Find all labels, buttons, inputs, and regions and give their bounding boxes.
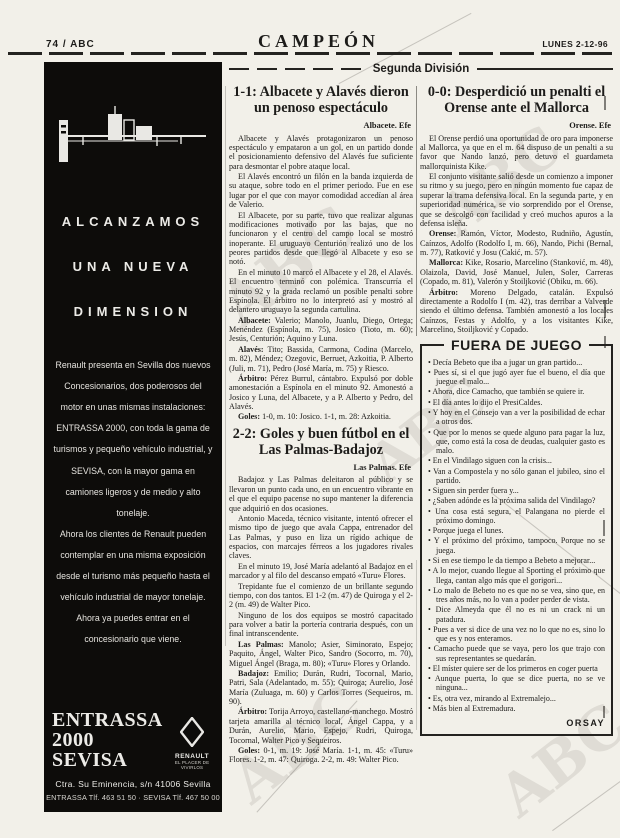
dateline: Las Palmas. Efe [231, 463, 411, 473]
referee-note: Árbitro: Pérez Burrul, cántabro. Expulsó… [229, 374, 413, 412]
ad-paragraph: Renault presenta en Sevilla dos nuevos C… [53, 355, 213, 524]
article-orense-mallorca: 0-0: Desperdició un penalti el Orense an… [420, 85, 613, 334]
column-divider [225, 86, 226, 646]
article-paragraph: Albacete y Alavés protagonizaron un peno… [229, 134, 413, 172]
headline: 0-0: Desperdició un penalti el Orense an… [421, 85, 612, 117]
ad-phones: ENTRASSA Tlf. 463 51 50 · SEVISA Tlf. 46… [46, 793, 220, 802]
ad-headline-line: DIMENSION [62, 304, 204, 319]
fdj-bullet: • En el Vindilago siguen con la crisis..… [428, 456, 605, 465]
renault-tagline: EL PLACER DE VIVIRLOS [170, 760, 214, 770]
article-laspalmas-badajoz: 2-2: Goles y buen fútbol en el Las Palma… [229, 427, 413, 765]
fdj-bullet: • Ahora, dice Camacho, que también se qu… [428, 387, 605, 396]
page-number: 74 / ABC [46, 39, 95, 50]
ad-body: Renault presenta en Sevilla dos nuevos C… [44, 355, 222, 651]
scan-scratch [552, 754, 620, 831]
fdj-bullet: • Aunque puerta, lo que se dice puerta, … [428, 674, 605, 693]
fdj-bullet: • ¿Saben adónde es la próxima salida del… [428, 496, 605, 505]
fdj-bullet: • Y el próximo del próximo, tampoco. Por… [428, 536, 605, 555]
fdj-bullet: • El día antes lo dijo el PresiCaldes. [428, 398, 605, 407]
article-albacete-alaves: 1-1: Albacete y Alavés dieron un penoso … [229, 85, 413, 422]
fdj-bullet: • Que por lo menos se quede alguno para … [428, 428, 605, 456]
ad-dealers-block: ENTRASSA 2000 SEVISA RENAULT EL PLACER D… [44, 710, 222, 770]
ad-address: Ctra. Su Eminencia, s/n 41006 Sevilla [55, 779, 210, 789]
fdj-bullet: • Y hoy en el Consejo van a ver la posib… [428, 408, 605, 427]
banner-line-left [229, 68, 365, 70]
lineup-orense: Orense: Ramón, Víctor, Modesto, Rudniño,… [420, 229, 613, 257]
referee-note: Árbitro: Torija Arroyo, castellano-manch… [229, 707, 413, 745]
fdj-bullet: • Van a Compostela y no sólo ganan el ju… [428, 467, 605, 486]
lineup-mallorca: Mallorca: Kike, Rosario, Marcelino (Stan… [420, 258, 613, 286]
headline: 1-1: Albacete y Alavés dieron un penoso … [230, 85, 412, 117]
ad-headline: ALCANZAMOS UNA NUEVA DIMENSION [62, 214, 204, 349]
column-middle: 1-1: Albacete y Alavés dieron un penoso … [229, 80, 413, 766]
fdj-bullet: • Porque juega el lunes. [428, 526, 605, 535]
article-paragraph: Badajoz y Las Palmas deleitaron al públi… [229, 475, 413, 513]
renault-logo: RENAULT EL PLACER DE VIVIRLOS [170, 717, 214, 770]
article-paragraph: El Alavés encontró un filón en la banda … [229, 172, 413, 210]
lineup-albacete: Albacete: Valerio; Manolo, Juanlu, Diego… [229, 316, 413, 344]
fuera-de-juego-items: • Decía Bebeto que iba a jugar un gran p… [428, 358, 605, 714]
article-paragraph: El Albacete, por su parte, tuvo que real… [229, 211, 413, 267]
fdj-bullet: • Pues a ver si dice de una vez no lo qu… [428, 625, 605, 644]
column-right: 0-0: Desperdició un penalti el Orense an… [420, 80, 613, 736]
ad-paragraph: Ahora ya puedes entrar en el concesionar… [53, 608, 213, 650]
renault-diamond-icon [180, 717, 204, 747]
date-label: LUNES 2-12-96 [542, 39, 608, 49]
fdj-bullet: • Si en ese tiempo le da tiempo a Bebeto… [428, 556, 605, 565]
ad-headline-line: ALCANZAMOS [62, 214, 204, 229]
dateline: Orense. Efe [422, 121, 611, 131]
column-signature: ORSAY [428, 718, 605, 728]
division-banner: Segunda División [229, 63, 613, 75]
fdj-bullet: • Es, otra vez, mirando al Extremalejo..… [428, 694, 605, 703]
lineup-alaves: Alavés: Tito; Bassida, Carmona, Codina (… [229, 345, 413, 373]
column-divider [416, 86, 417, 336]
fdj-bullet: • Pues sí, si el que jugó ayer fue el bu… [428, 368, 605, 387]
goals-note: Goles: 1-0, m. 10: Josico. 1-1, m. 28: A… [229, 412, 413, 421]
renault-brand-label: RENAULT [170, 753, 214, 760]
lineup-laspalmas: Las Palmas: Manolo; Asier, Siminorato, E… [229, 640, 413, 668]
fdj-bullet: • A lo mejor, cuando llegue al Sporting … [428, 566, 605, 585]
article-paragraph: En el minuto 19, José María adelantó al … [229, 562, 413, 581]
fuera-de-juego-title: FUERA DE JUEGO [444, 337, 589, 353]
section-title: CAMPEÓN [95, 31, 543, 52]
dealer-names: ENTRASSA 2000 SEVISA [52, 710, 170, 770]
page-header: 74 / ABC CAMPEÓN LUNES 2-12-96 [46, 31, 608, 52]
fdj-bullet: • Dice Almeyda que él no es ni un crack … [428, 605, 605, 624]
article-paragraph: En el minuto 10 marcó el Albacete y el 2… [229, 268, 413, 315]
article-paragraph: El conjunto visitante salió desde un com… [420, 172, 613, 228]
renault-advertisement: ALCANZAMOS UNA NUEVA DIMENSION Renault p… [44, 62, 222, 812]
factory-illustration [53, 100, 213, 170]
fdj-bullet: • Siguen sin perder fuera y... [428, 486, 605, 495]
dealer-name: SEVISA [52, 750, 170, 770]
fdj-bullet: • Una cosa está segura, el Palangana no … [428, 507, 605, 526]
dealer-name: ENTRASSA 2000 [52, 710, 170, 750]
headline: 2-2: Goles y buen fútbol en el Las Palma… [230, 427, 412, 459]
division-title: Segunda División [365, 63, 478, 75]
dateline: Albacete. Efe [231, 121, 411, 131]
article-paragraph: Ninguno de los dos equipos se mostró cap… [229, 611, 413, 639]
banner-line-right [477, 68, 613, 70]
fdj-bullet: • Lo malo de Bebeto no es que no se vea,… [428, 586, 605, 605]
header-rule [8, 52, 612, 55]
article-paragraph: Trepidante fue el comienzo de un brillan… [229, 582, 413, 610]
goals-note: Goles: 0-1, m. 19: José María. 1-1, m. 4… [229, 746, 413, 765]
lineup-badajoz: Badajoz: Emilio; Durán, Rudri, Tocornal,… [229, 669, 413, 707]
article-paragraph: El Orense perdió una oportunidad de oro … [420, 134, 613, 172]
fdj-bullet: • Más bien al Extremadura. [428, 704, 605, 713]
column-divider [416, 560, 417, 730]
fdj-bullet: • El míster quiere ser de los primeros e… [428, 664, 605, 673]
ad-headline-line: UNA NUEVA [62, 259, 204, 274]
fdj-bullet: • Camacho puede que se vaya, pero los qu… [428, 644, 605, 663]
article-paragraph: Antonio Maceda, técnico visitante, inten… [229, 514, 413, 561]
fdj-bullet: • Decía Bebeto que iba a jugar un gran p… [428, 358, 605, 367]
ad-paragraph: Ahora los clientes de Renault pueden con… [53, 524, 213, 608]
referee-note: Árbitro: Moreno Delgado, catalán. Expuls… [420, 288, 613, 335]
fuera-de-juego-box: FUERA DE JUEGO • Decía Bebeto que iba a … [420, 344, 613, 735]
